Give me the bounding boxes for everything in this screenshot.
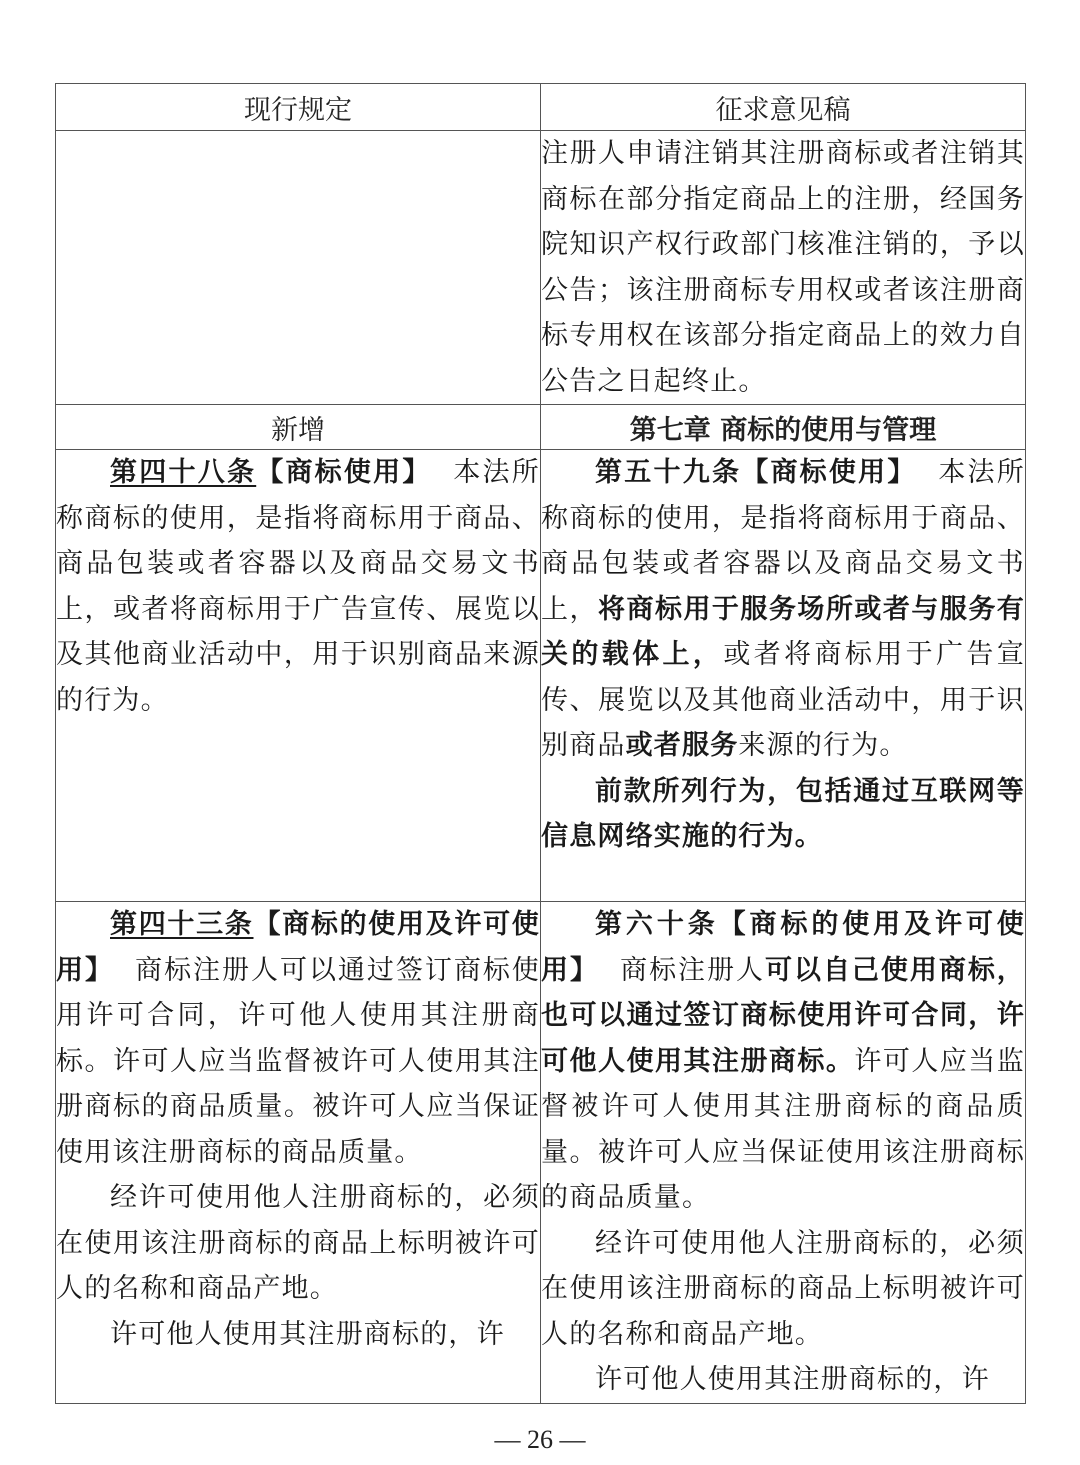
table-row: 第四十八条【商标使用】 本法所称商标的使用，是指将商标用于商品、商品包装或者容器…	[56, 450, 1026, 902]
article-59-paragraph: 第五十九条【商标使用】 本法所称商标的使用，是指将商标用于商品、商品包装或者容器…	[541, 450, 1025, 769]
header-current-rules: 现行规定	[56, 84, 541, 131]
page-number: — 26 —	[0, 1425, 1080, 1455]
article-number: 第六十条	[595, 909, 719, 940]
article-60-paragraph-2: 经许可使用他人注册商标的，必须在使用该注册商标的商品上标明被许可人的名称和商品产…	[541, 1221, 1025, 1358]
cell-draft-article-59: 第五十九条【商标使用】 本法所称商标的使用，是指将商标用于商品、商品包装或者容器…	[541, 450, 1026, 902]
cell-current-article-48: 第四十八条【商标使用】 本法所称商标的使用，是指将商标用于商品、商品包装或者容器…	[56, 450, 541, 902]
section-row: 新增 第七章 商标的使用与管理	[56, 405, 1026, 450]
table-header-row: 现行规定 征求意见稿	[56, 84, 1026, 131]
article-60-paragraph-3: 许可他人使用其注册商标的，许	[541, 1357, 1025, 1403]
article-number: 第四十八条	[110, 457, 256, 488]
article-43-paragraph-2: 经许可使用他人注册商标的，必须在使用该注册商标的商品上标明被许可人的名称和商品产…	[56, 1175, 540, 1312]
article-48-paragraph: 第四十八条【商标使用】 本法所称商标的使用，是指将商标用于商品、商品包装或者容器…	[56, 450, 540, 723]
article-body-added: 或者服务	[626, 730, 739, 761]
article-43-paragraph: 第四十三条【商标的使用及许可使用】 商标注册人可以通过签订商标使用许可合同，许可…	[56, 902, 540, 1175]
article-43-paragraph-3: 许可他人使用其注册商标的，许	[56, 1312, 540, 1358]
article-title: 【商标使用】	[741, 457, 916, 488]
article-number: 第五十九条	[595, 457, 741, 488]
cell-current-article-43: 第四十三条【商标的使用及许可使用】 商标注册人可以通过签订商标使用许可合同，许可…	[56, 902, 541, 1404]
cell-draft-cancellation: 注册人申请注销其注册商标或者注销其商标在部分指定商品上的注册，经国务院知识产权行…	[541, 131, 1026, 405]
article-body: 来源的行为。	[738, 730, 907, 761]
article-body: 商标注册人可以通过签订商标使用许可合同，许可他人使用其注册商标。许可人应当监督被…	[56, 955, 540, 1168]
comparison-table: 现行规定 征求意见稿 注册人申请注销其注册商标或者注销其商标在部分指定商品上的注…	[55, 83, 1026, 1404]
header-draft-for-comment: 征求意见稿	[541, 84, 1026, 131]
draft-cancellation-text: 注册人申请注销其注册商标或者注销其商标在部分指定商品上的注册，经国务院知识产权行…	[541, 131, 1025, 404]
chapter-title: 第七章 商标的使用与管理	[541, 405, 1026, 450]
cell-draft-article-60: 第六十条【商标的使用及许可使用】 商标注册人可以自己使用商标，也可以通过签订商标…	[541, 902, 1026, 1404]
article-number: 第四十三条	[110, 909, 254, 940]
table-row: 第四十三条【商标的使用及许可使用】 商标注册人可以通过签订商标使用许可合同，许可…	[56, 902, 1026, 1404]
article-body: 商标注册人	[620, 955, 765, 986]
article-body: 本法所称商标的使用，是指将商标用于商品、商品包装或者容器以及商品交易文书上，或者…	[56, 457, 540, 716]
table-row: 注册人申请注销其注册商标或者注销其商标在部分指定商品上的注册，经国务院知识产权行…	[56, 131, 1026, 405]
article-59-paragraph-2: 前款所列行为，包括通过互联网等信息网络实施的行为。	[541, 769, 1025, 860]
cell-current-empty	[56, 131, 541, 405]
article-60-paragraph: 第六十条【商标的使用及许可使用】 商标注册人可以自己使用商标，也可以通过签订商标…	[541, 902, 1025, 1221]
new-addition-label: 新增	[56, 405, 541, 450]
article-title: 【商标使用】	[256, 457, 431, 488]
